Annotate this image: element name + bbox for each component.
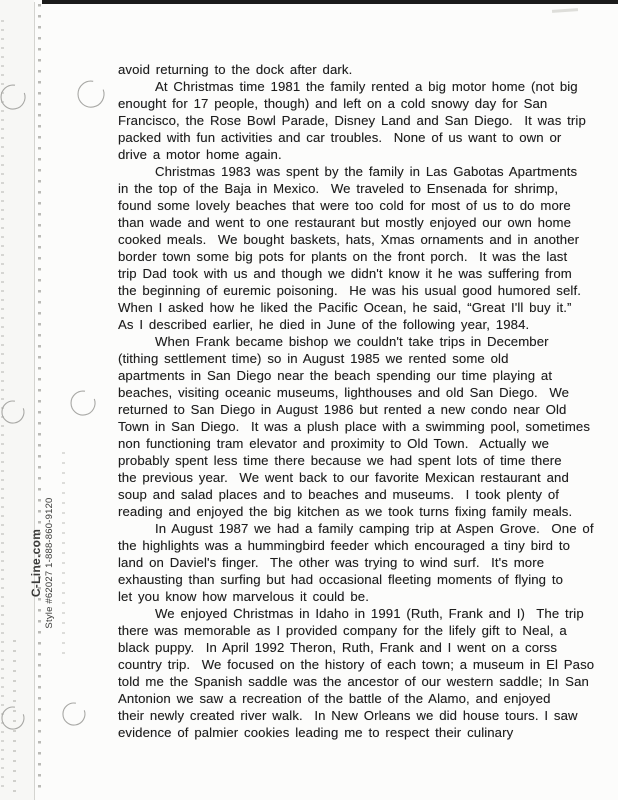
sheet-protector-binding-strip <box>0 0 34 800</box>
sheet-protector-perforation-lower <box>13 640 16 798</box>
paragraph: When Frank became bishop we couldn't tak… <box>118 333 618 520</box>
paragraph: We enjoyed Christmas in Idaho in 1991 (R… <box>118 605 618 741</box>
binder-ring <box>63 703 85 725</box>
paragraph: Christmas 1983 was spent by the family i… <box>118 163 618 333</box>
brand-style-text: Style #62027 1-888-860-9120 <box>44 487 56 639</box>
brand-name-text: C-Line.com <box>29 487 44 639</box>
sheet-protector-perforation-main <box>38 4 41 796</box>
paragraph: In August 1987 we had a family camping t… <box>118 520 618 605</box>
scanned-page: C-Line.com Style #62027 1-888-860-9120 a… <box>0 0 618 800</box>
scan-top-edge <box>42 0 618 4</box>
binder-ring <box>78 81 104 107</box>
paragraph: At Christmas time 1981 the family rented… <box>118 78 618 163</box>
sheet-protector-edge-line <box>34 2 35 800</box>
binder-ring <box>71 391 95 415</box>
sheet-protector-brand-label: C-Line.com Style #62027 1-888-860-9120 <box>29 487 63 639</box>
scan-smudge <box>552 8 578 13</box>
sheet-protector-perforation-left <box>1 20 4 790</box>
paragraph: avoid returning to the dock after dark. <box>118 61 618 78</box>
document-text: avoid returning to the dock after dark. … <box>118 61 618 741</box>
